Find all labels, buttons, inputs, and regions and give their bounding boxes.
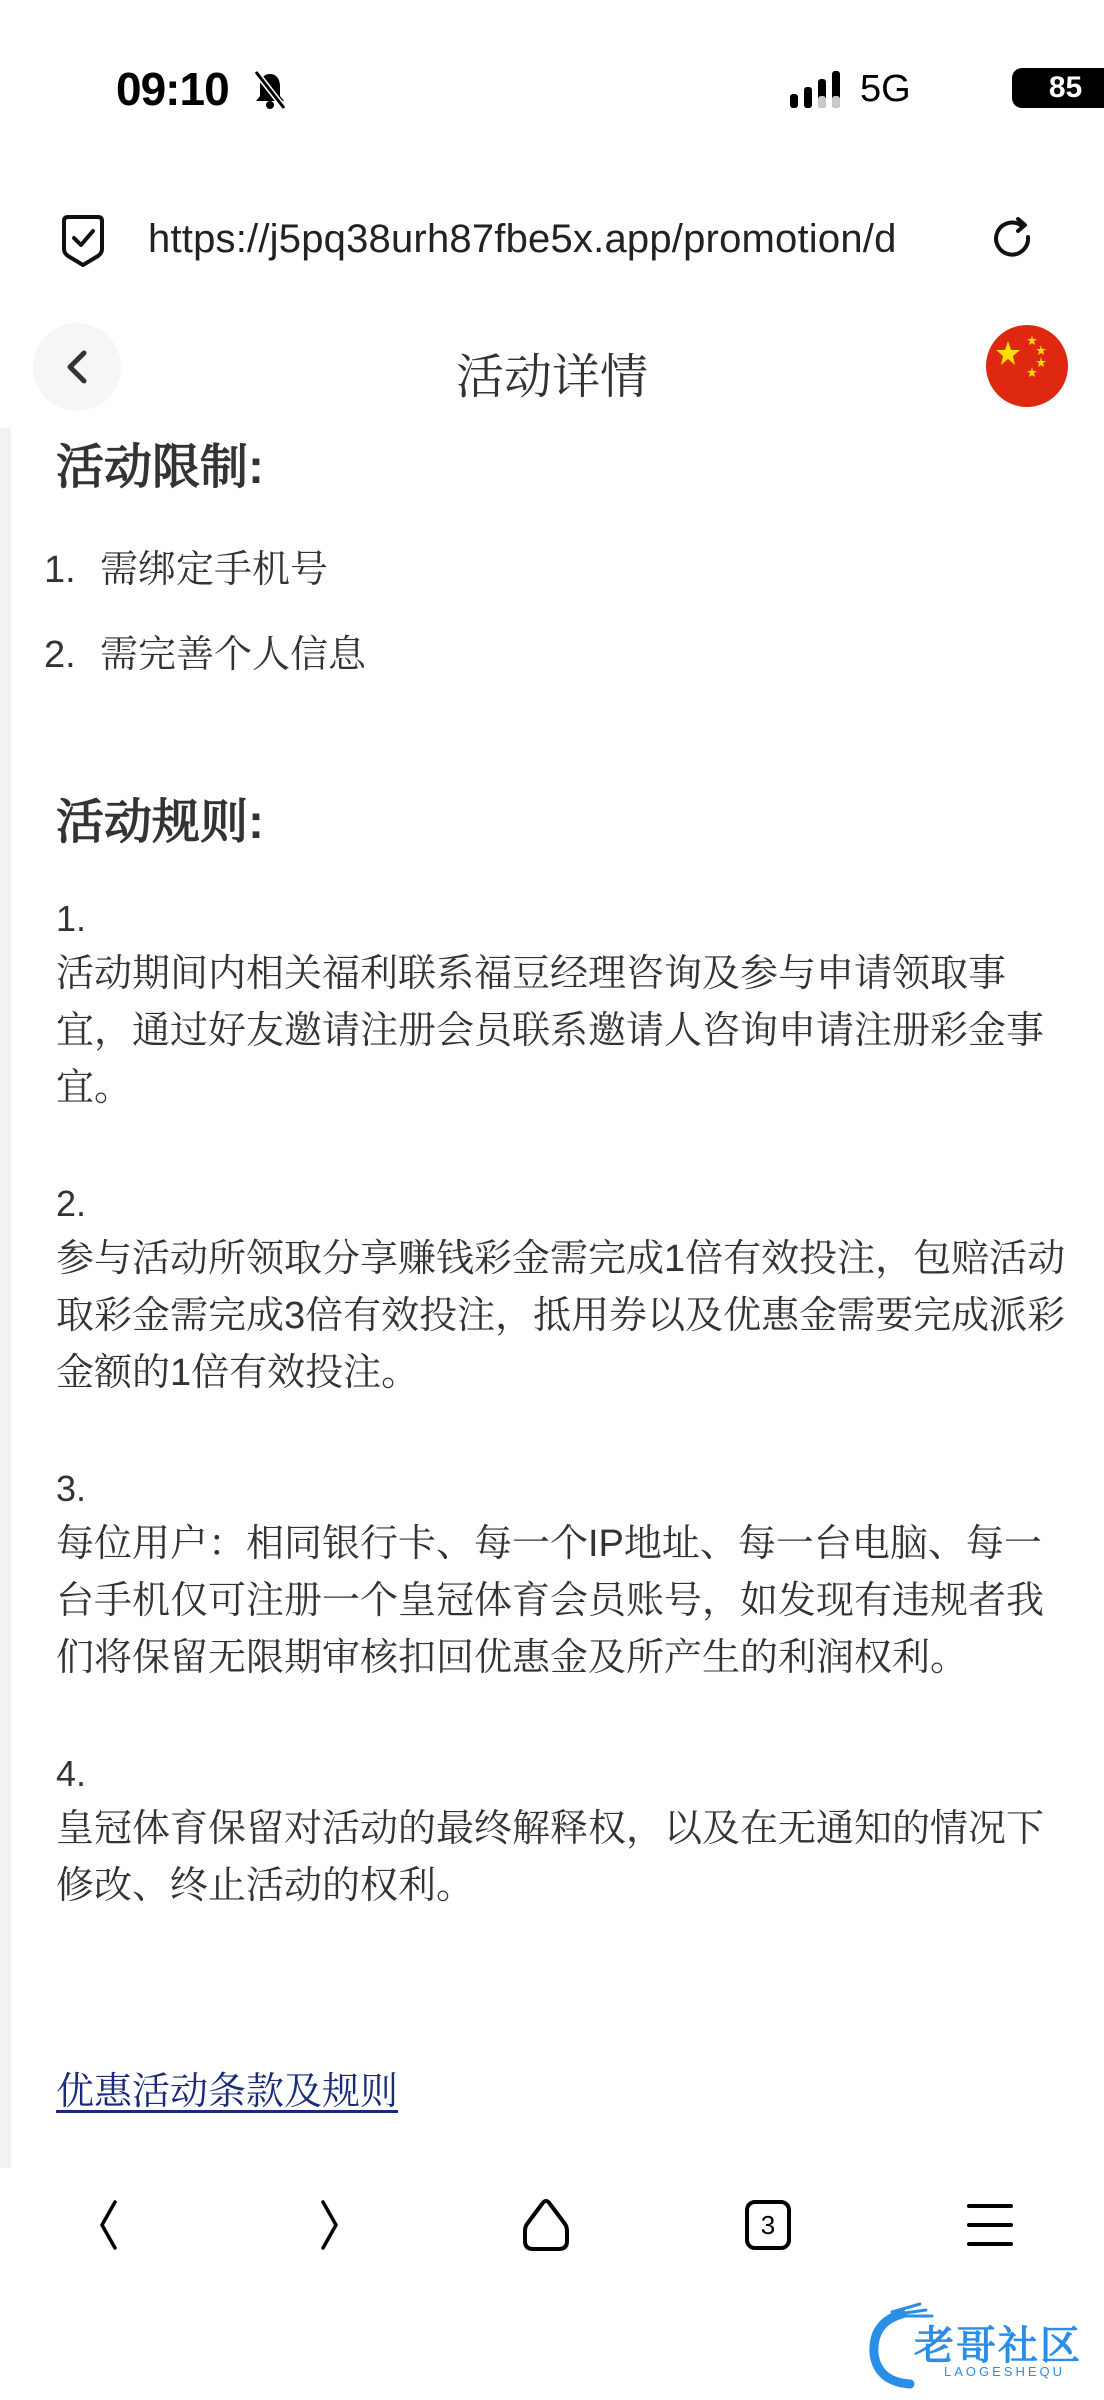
china-flag-icon[interactable] (986, 325, 1068, 407)
bell-muted-icon (252, 70, 288, 110)
rule-number: 2. (56, 1183, 86, 1225)
network-type: 5G (860, 68, 911, 111)
menu-icon (966, 2200, 1014, 2250)
rule-text: 每位用户：相同银行卡、每一个IP地址、每一台电脑、每一台手机仅可注册一个皇冠体育… (56, 1516, 1066, 1687)
rules-title: 活动规则: (56, 783, 264, 852)
battery-indicator: 85 (1010, 68, 1104, 108)
watermark-logo: 老哥社区 LAOGESHEQU (862, 2300, 1092, 2390)
watermark-subtext: LAOGESHEQU (944, 2364, 1065, 2379)
url-bar[interactable]: https://j5pq38urh87fbe5x.app/promotion/d (0, 195, 1104, 285)
nav-forward-button[interactable] (285, 2180, 375, 2270)
url-text[interactable]: https://j5pq38urh87fbe5x.app/promotion/d (148, 217, 953, 262)
rule-number: 3. (56, 1468, 86, 1510)
promotion-content: 活动限制: 1.需绑定手机号 2.需完善个人信息 活动规则: 1. 活动期间内相… (0, 428, 1104, 2168)
page-title: 活动详情 (0, 338, 1104, 407)
nav-home-button[interactable] (501, 2180, 591, 2270)
page-header: 活动详情 (0, 320, 1104, 420)
nav-menu-button[interactable] (945, 2180, 1035, 2270)
battery-level: 85 (1049, 71, 1082, 105)
status-bar: 09:10 5G 85 (0, 0, 1104, 180)
shield-check-icon (58, 213, 108, 269)
rule-text: 皇冠体育保留对活动的最终解释权，以及在无通知的情况下修改、终止活动的权利。 (56, 1801, 1066, 1915)
left-edge-strip (0, 428, 11, 2168)
chevron-right-icon (315, 2199, 345, 2251)
home-icon (521, 2198, 571, 2252)
restrictions-title: 活动限制: (56, 428, 264, 497)
terms-link[interactable]: 优惠活动条款及规则 (56, 2060, 398, 2115)
restriction-number: 2. (44, 634, 100, 677)
nav-back-button[interactable] (63, 2180, 153, 2270)
rule-number: 1. (56, 898, 86, 940)
restriction-text: 需绑定手机号 (100, 549, 328, 591)
rule-text: 参与活动所领取分享赚钱彩金需完成1倍有效投注，包赔活动取彩金需完成3倍有效投注，… (56, 1231, 1066, 1402)
tabs-count-badge: 3 (745, 2200, 791, 2250)
restriction-number: 1. (44, 549, 100, 592)
nav-tabs-button[interactable]: 3 (723, 2180, 813, 2270)
restriction-item: 2.需完善个人信息 (44, 623, 366, 678)
rule-text: 活动期间内相关福利联系福豆经理咨询及参与申请领取事宜，通过好友邀请注册会员联系邀… (56, 946, 1066, 1117)
chevron-left-icon (93, 2199, 123, 2251)
signal-icon (790, 70, 844, 110)
watermark-text: 老哥社区 (914, 2314, 1082, 2371)
restriction-text: 需完善个人信息 (100, 634, 366, 676)
battery-body: 85 (1012, 68, 1104, 108)
status-time: 09:10 (116, 62, 229, 116)
browser-bottom-nav: 3 (0, 2180, 1104, 2280)
restriction-item: 1.需绑定手机号 (44, 538, 328, 593)
rule-number: 4. (56, 1753, 86, 1795)
reload-icon[interactable] (988, 215, 1038, 265)
